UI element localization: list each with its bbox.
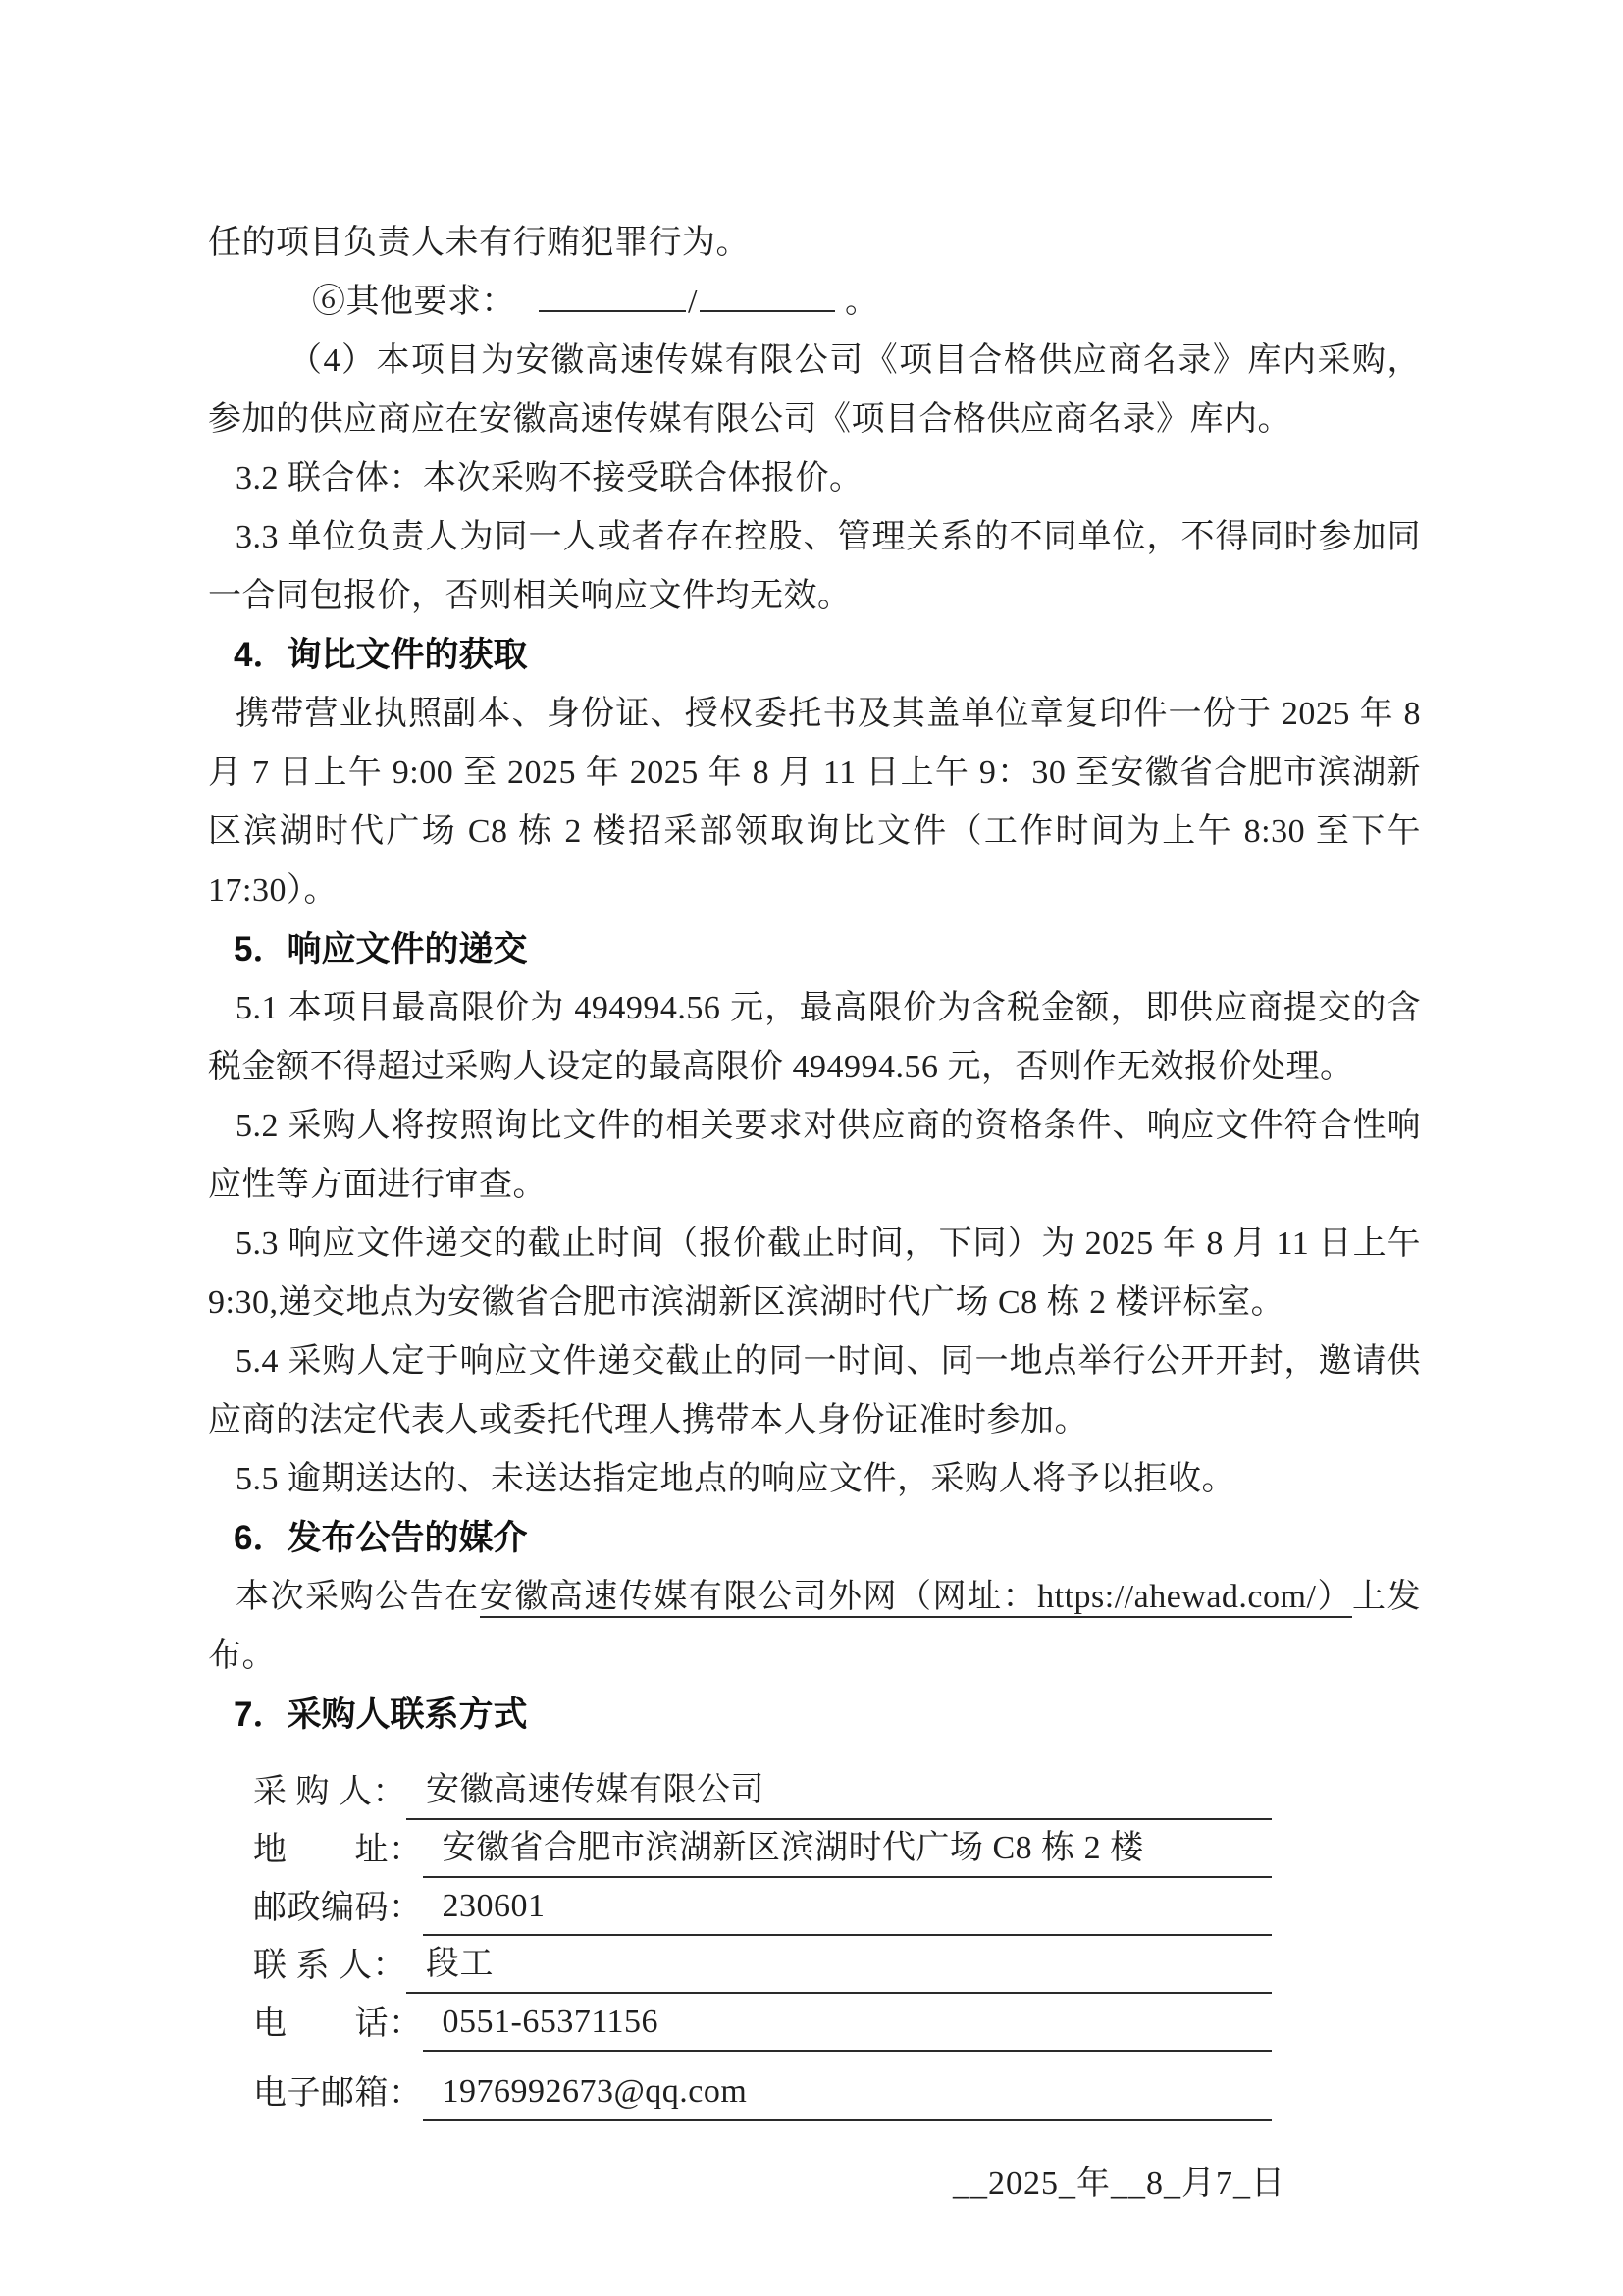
section-heading-7: 7．采购人联系方式 xyxy=(208,1686,1421,1745)
paragraph-item51: 5.1 本项目最高限价为 494994.56 元，最高限价为含税金额，即供应商提… xyxy=(208,979,1421,1097)
contact-value: 安徽省合肥市滨湖新区滨湖时代广场 C8 栋 2 楼 xyxy=(423,1820,1273,1878)
blank-underline xyxy=(539,277,686,312)
paragraph-item52: 5.2 采购人将按照询比文件的相关要求对供应商的资格条件、响应文件符合性响应性等… xyxy=(208,1097,1421,1215)
paragraph-item33: 3.3 单位负责人为同一人或者存在控股、管理关系的不同单位，不得同时参加同一合同… xyxy=(208,508,1421,626)
contact-label: 地 址： xyxy=(253,1822,423,1878)
contact-row-postcode: 邮政编码： 230601 xyxy=(253,1878,1272,1936)
media-underlined-url-text: 安徽高速传媒有限公司外网（网址：https://ahewad.com/） xyxy=(480,1579,1352,1618)
contact-value: 1976992673@qq.com xyxy=(423,2063,1273,2121)
contact-label: 邮政编码： xyxy=(253,1880,423,1936)
section-heading-5: 5．响应文件的递交 xyxy=(208,920,1421,979)
contact-row-contact-person: 联 系 人： 段工 xyxy=(253,1936,1272,1994)
contact-label: 联 系 人： xyxy=(253,1938,406,1994)
contact-value: 230601 xyxy=(423,1878,1273,1936)
contact-value: 0551-65371156 xyxy=(423,1994,1273,2052)
contact-value: 安徽高速传媒有限公司 xyxy=(406,1762,1272,1820)
contact-label: 采 购 人： xyxy=(253,1764,406,1820)
paragraph-item53: 5.3 响应文件递交的截止时间（报价截止时间，下同）为 2025 年 8 月 1… xyxy=(208,1215,1421,1332)
paragraph-item55: 5.5 逾期送达的、未送达指定地点的响应文件，采购人将予以拒收。 xyxy=(208,1450,1421,1509)
contact-label: 电子邮箱： xyxy=(253,2065,423,2121)
signature-date: __2025_年__8_月7_日 xyxy=(208,2155,1421,2214)
section-heading-6: 6．发布公告的媒介 xyxy=(208,1509,1421,1568)
contact-block: 采 购 人： 安徽高速传媒有限公司 地 址： 安徽省合肥市滨湖新区滨湖时代广场 … xyxy=(208,1762,1421,2121)
paragraph-item4: （4）本项目为安徽高速传媒有限公司《项目合格供应商名录》库内采购，参加的供应商应… xyxy=(208,332,1421,449)
contact-value: 段工 xyxy=(406,1936,1272,1994)
paragraph-item32: 3.2 联合体：本次采购不接受联合体报价。 xyxy=(208,449,1421,508)
item6-slash: / xyxy=(686,284,700,320)
blank-underline xyxy=(700,277,835,312)
paragraph-media: 本次采购公告在安徽高速传媒有限公司外网（网址：https://ahewad.co… xyxy=(208,1568,1421,1686)
contact-row-email: 电子邮箱： 1976992673@qq.com xyxy=(253,2063,1272,2121)
paragraph-item54: 5.4 采购人定于响应文件递交截止的同一时间、同一地点举行公开开封，邀请供应商的… xyxy=(208,1332,1421,1450)
paragraph-section4: 携带营业执照副本、身份证、授权委托书及其盖单位章复印件一份于 2025 年 8 … xyxy=(208,685,1421,920)
item6-prefix: ⑥其他要求： xyxy=(312,284,515,320)
paragraph-item6: ⑥其他要求：/。 xyxy=(208,273,1421,332)
contact-row-address: 地 址： 安徽省合肥市滨湖新区滨湖时代广场 C8 栋 2 楼 xyxy=(253,1820,1272,1878)
scanned-document-page: 任的项目负责人未有行贿犯罪行为。 ⑥其他要求：/。 （4）本项目为安徽高速传媒有… xyxy=(0,0,1623,2296)
section-heading-4: 4．询比文件的获取 xyxy=(208,626,1421,685)
media-text-before: 本次采购公告在 xyxy=(236,1579,480,1615)
contact-row-phone: 电 话： 0551-65371156 xyxy=(253,1994,1272,2052)
paragraph-carryover: 任的项目负责人未有行贿犯罪行为。 xyxy=(208,214,1421,273)
contact-label: 电 话： xyxy=(253,1996,423,2052)
contact-row-purchaser: 采 购 人： 安徽高速传媒有限公司 xyxy=(253,1762,1272,1820)
page-body: 任的项目负责人未有行贿犯罪行为。 ⑥其他要求：/。 （4）本项目为安徽高速传媒有… xyxy=(208,214,1421,2214)
item6-period: 。 xyxy=(845,284,879,320)
